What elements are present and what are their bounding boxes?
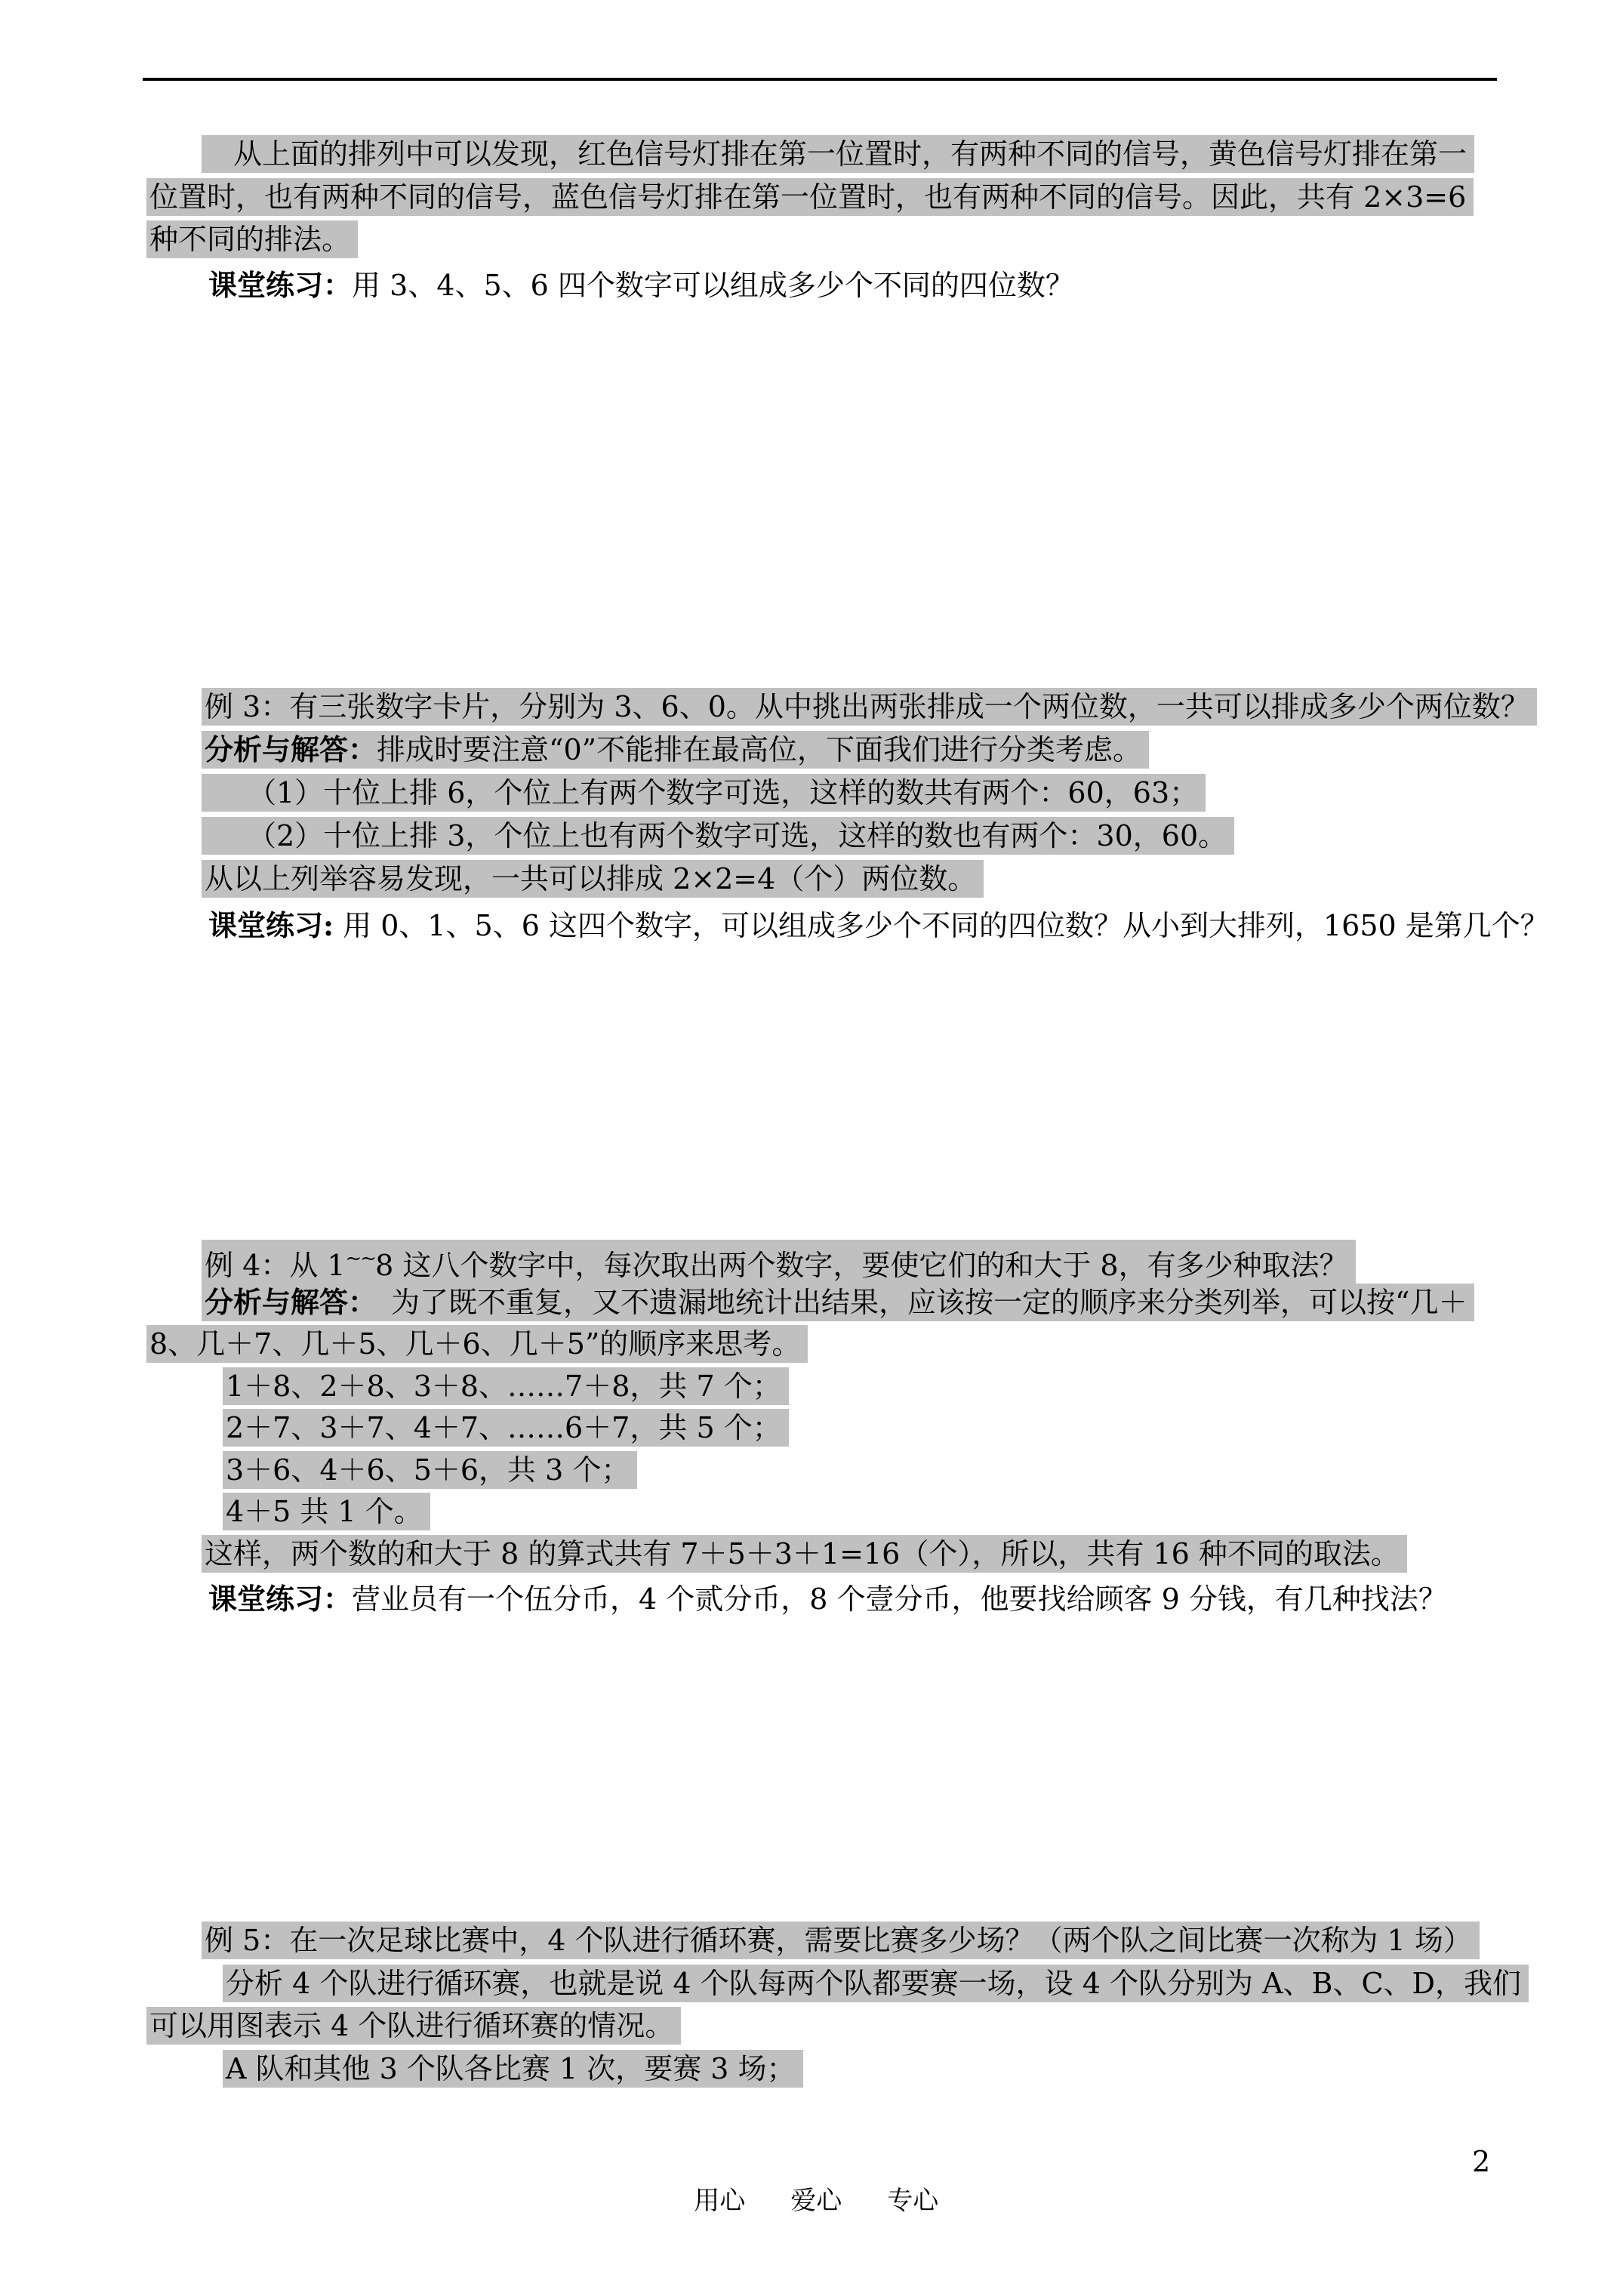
doc-line: A 队和其他 3 个队各比赛 1 次，要赛 3 场； [146,2048,1529,2091]
highlighted-text: 种不同的排法。 [146,220,358,258]
highlighted-text: 分析 4 个队进行循环赛，也就是说 4 个队每两个队都要赛一场，设 4 个队分别… [223,1965,1529,2002]
page-number: 2 [1472,2143,1490,2180]
document-page: 从上面的排列中可以发现，红色信号灯排在第一位置时，有两种不同的信号，黄色信号灯排… [0,0,1623,2296]
analysis-text: 为了既不重复，又不遗漏地统计出结果，应该按一定的顺序来分类列举，可以按“几＋ [362,1286,1467,1319]
doc-line: 这样，两个数的和大于 8 的算式共有 7＋5＋3＋1=16（个），所以，共有 1… [146,1533,1474,1576]
practice-text: 用 0、1、5、6 这四个数字，可以组成多少个不同的四位数？从小到大排列，165… [334,909,1549,942]
analysis-label: 分析与解答： [205,732,377,766]
doc-line: 分析与解答： 为了既不重复，又不遗漏地统计出结果，应该按一定的顺序来分类列举，可… [146,1282,1474,1324]
doc-line: 8、几＋7、几＋5、几＋6、几＋5”的顺序来思考。 [146,1324,1474,1366]
highlighted-text: （2）十位上排 3，个位上也有两个数字可选，这样的数也有两个：30，60。 [202,817,1234,855]
highlighted-text: 例 4：从 1~~8 这八个数字中，每次取出两个数字，要使它们的和大于 8，有多… [202,1240,1356,1284]
example4-text-pre: 例 4：从 1 [205,1249,346,1282]
practice-line: 课堂练习：用 3、4、5、6 四个数字可以组成多少个不同的四位数？ [208,264,1474,307]
highlighted-text: 8、几＋7、几＋5、几＋6、几＋5”的顺序来思考。 [146,1325,808,1363]
section-example-4: 例 4：从 1~~8 这八个数字中，每次取出两个数字，要使它们的和大于 8，有多… [146,1240,1474,1620]
doc-line: （2）十位上排 3，个位上也有两个数字可选，这样的数也有两个：30，60。 [146,815,1549,858]
doc-line: 种不同的排法。 [146,218,1474,261]
doc-line: 4＋5 共 1 个。 [146,1491,1474,1533]
example4-text-post: 8 这八个数字中，每次取出两个数字，要使它们的和大于 8，有多少种取法？ [375,1249,1348,1282]
analysis-text: 排成时要注意“0”不能排在最高位，下面我们进行分类考虑。 [377,733,1141,766]
doc-line: （1）十位上排 6，个位上有两个数字可选，这样的数共有两个：60，63； [146,772,1549,815]
practice-line: 课堂练习：营业员有一个伍分币，4 个贰分币，8 个壹分币，他要找给顾客 9 分钱… [208,1578,1474,1620]
practice-text: 营业员有一个伍分币，4 个贰分币，8 个壹分币，他要找给顾客 9 分钱，有几种找… [352,1583,1447,1616]
highlighted-text: 4＋5 共 1 个。 [223,1493,430,1530]
footer-word: 爱心 [790,2182,842,2220]
highlighted-text: 从以上列举容易发现，一共可以排成 2×2=4（个）两位数。 [202,860,984,898]
practice-line: 课堂练习: 用 0、1、5、6 这四个数字，可以组成多少个不同的四位数？从小到大… [208,904,1549,947]
doc-line: 例 5：在一次足球比赛中，4 个队进行循环赛，需要比赛多少场？（两个队之间比赛一… [146,1919,1529,1962]
doc-line: 分析与解答：排成时要注意“0”不能排在最高位，下面我们进行分类考虑。 [146,729,1549,772]
header-rule [143,78,1497,81]
practice-text: 用 3、4、5、6 四个数字可以组成多少个不同的四位数？ [352,269,1074,302]
doc-line: 从以上列举容易发现，一共可以排成 2×2=4（个）两位数。 [146,858,1549,901]
footer-word: 用心 [694,2182,745,2220]
doc-line: 例 3：有三张数字卡片，分别为 3、6、0。从中挑出两张排成一个两位数，一共可以… [146,686,1549,729]
highlighted-text: 可以用图表示 4 个队进行循环赛的情况。 [146,2007,681,2045]
doc-line: 分析 4 个队进行循环赛，也就是说 4 个队每两个队都要赛一场，设 4 个队分别… [146,1962,1529,2005]
highlighted-text: 位置时，也有两种不同的信号，蓝色信号灯排在第一位置时，也有两种不同的信号。因此，… [146,178,1474,216]
highlighted-text: 3＋6、4＋6、5＋6，共 3 个； [223,1451,637,1489]
doc-line: 可以用图表示 4 个队进行循环赛的情况。 [146,2005,1529,2048]
practice-label: 课堂练习： [208,268,352,302]
highlighted-text: 2＋7、3＋7、4＋7、……6＋7，共 5 个； [223,1409,789,1447]
footer-motto: 用心爱心专心 [661,2144,938,2182]
section-example-3: 例 3：有三张数字卡片，分别为 3、6、0。从中挑出两张排成一个两位数，一共可以… [146,686,1549,947]
doc-line: 例 4：从 1~~8 这八个数字中，每次取出两个数字，要使它们的和大于 8，有多… [146,1240,1474,1282]
doc-line: 位置时，也有两种不同的信号，蓝色信号灯排在第一位置时，也有两种不同的信号。因此，… [146,176,1474,219]
highlighted-text: 分析与解答： 为了既不重复，又不遗漏地统计出结果，应该按一定的顺序来分类列举，可… [202,1284,1474,1321]
highlighted-text: A 队和其他 3 个队各比赛 1 次，要赛 3 场； [223,2050,803,2088]
analysis-label: 分析与解答： [205,1285,362,1319]
highlighted-text: 例 5：在一次足球比赛中，4 个队进行循环赛，需要比赛多少场？（两个队之间比赛一… [202,1922,1480,1959]
practice-label: 课堂练习: [208,908,334,942]
highlighted-text: 1＋8、2＋8、3＋8、……7＋8，共 7 个； [223,1367,789,1405]
highlighted-text: 这样，两个数的和大于 8 的算式共有 7＋5＋3＋1=16（个），所以，共有 1… [202,1535,1407,1573]
highlighted-text: 例 3：有三张数字卡片，分别为 3、6、0。从中挑出两张排成一个两位数，一共可以… [202,688,1537,726]
doc-line: 2＋7、3＋7、4＋7、……6＋7，共 5 个； [146,1407,1474,1450]
doc-line: 1＋8、2＋8、3＋8、……7＋8，共 7 个； [146,1366,1474,1408]
highlighted-text: 分析与解答：排成时要注意“0”不能排在最高位，下面我们进行分类考虑。 [202,731,1149,769]
range-tilde-superscript: ~~ [346,1247,376,1270]
highlighted-text: 从上面的排列中可以发现，红色信号灯排在第一位置时，有两种不同的信号，黄色信号灯排… [202,135,1474,173]
practice-label: 课堂练习： [208,1582,352,1616]
footer-word: 专心 [887,2182,938,2220]
section-example-5: 例 5：在一次足球比赛中，4 个队进行循环赛，需要比赛多少场？（两个队之间比赛一… [146,1919,1529,2090]
section-signal-lights: 从上面的排列中可以发现，红色信号灯排在第一位置时，有两种不同的信号，黄色信号灯排… [146,133,1474,307]
doc-line: 3＋6、4＋6、5＋6，共 3 个； [146,1450,1474,1492]
highlighted-text: （1）十位上排 6，个位上有两个数字可选，这样的数共有两个：60，63； [202,774,1206,812]
doc-line: 从上面的排列中可以发现，红色信号灯排在第一位置时，有两种不同的信号，黄色信号灯排… [146,133,1474,176]
